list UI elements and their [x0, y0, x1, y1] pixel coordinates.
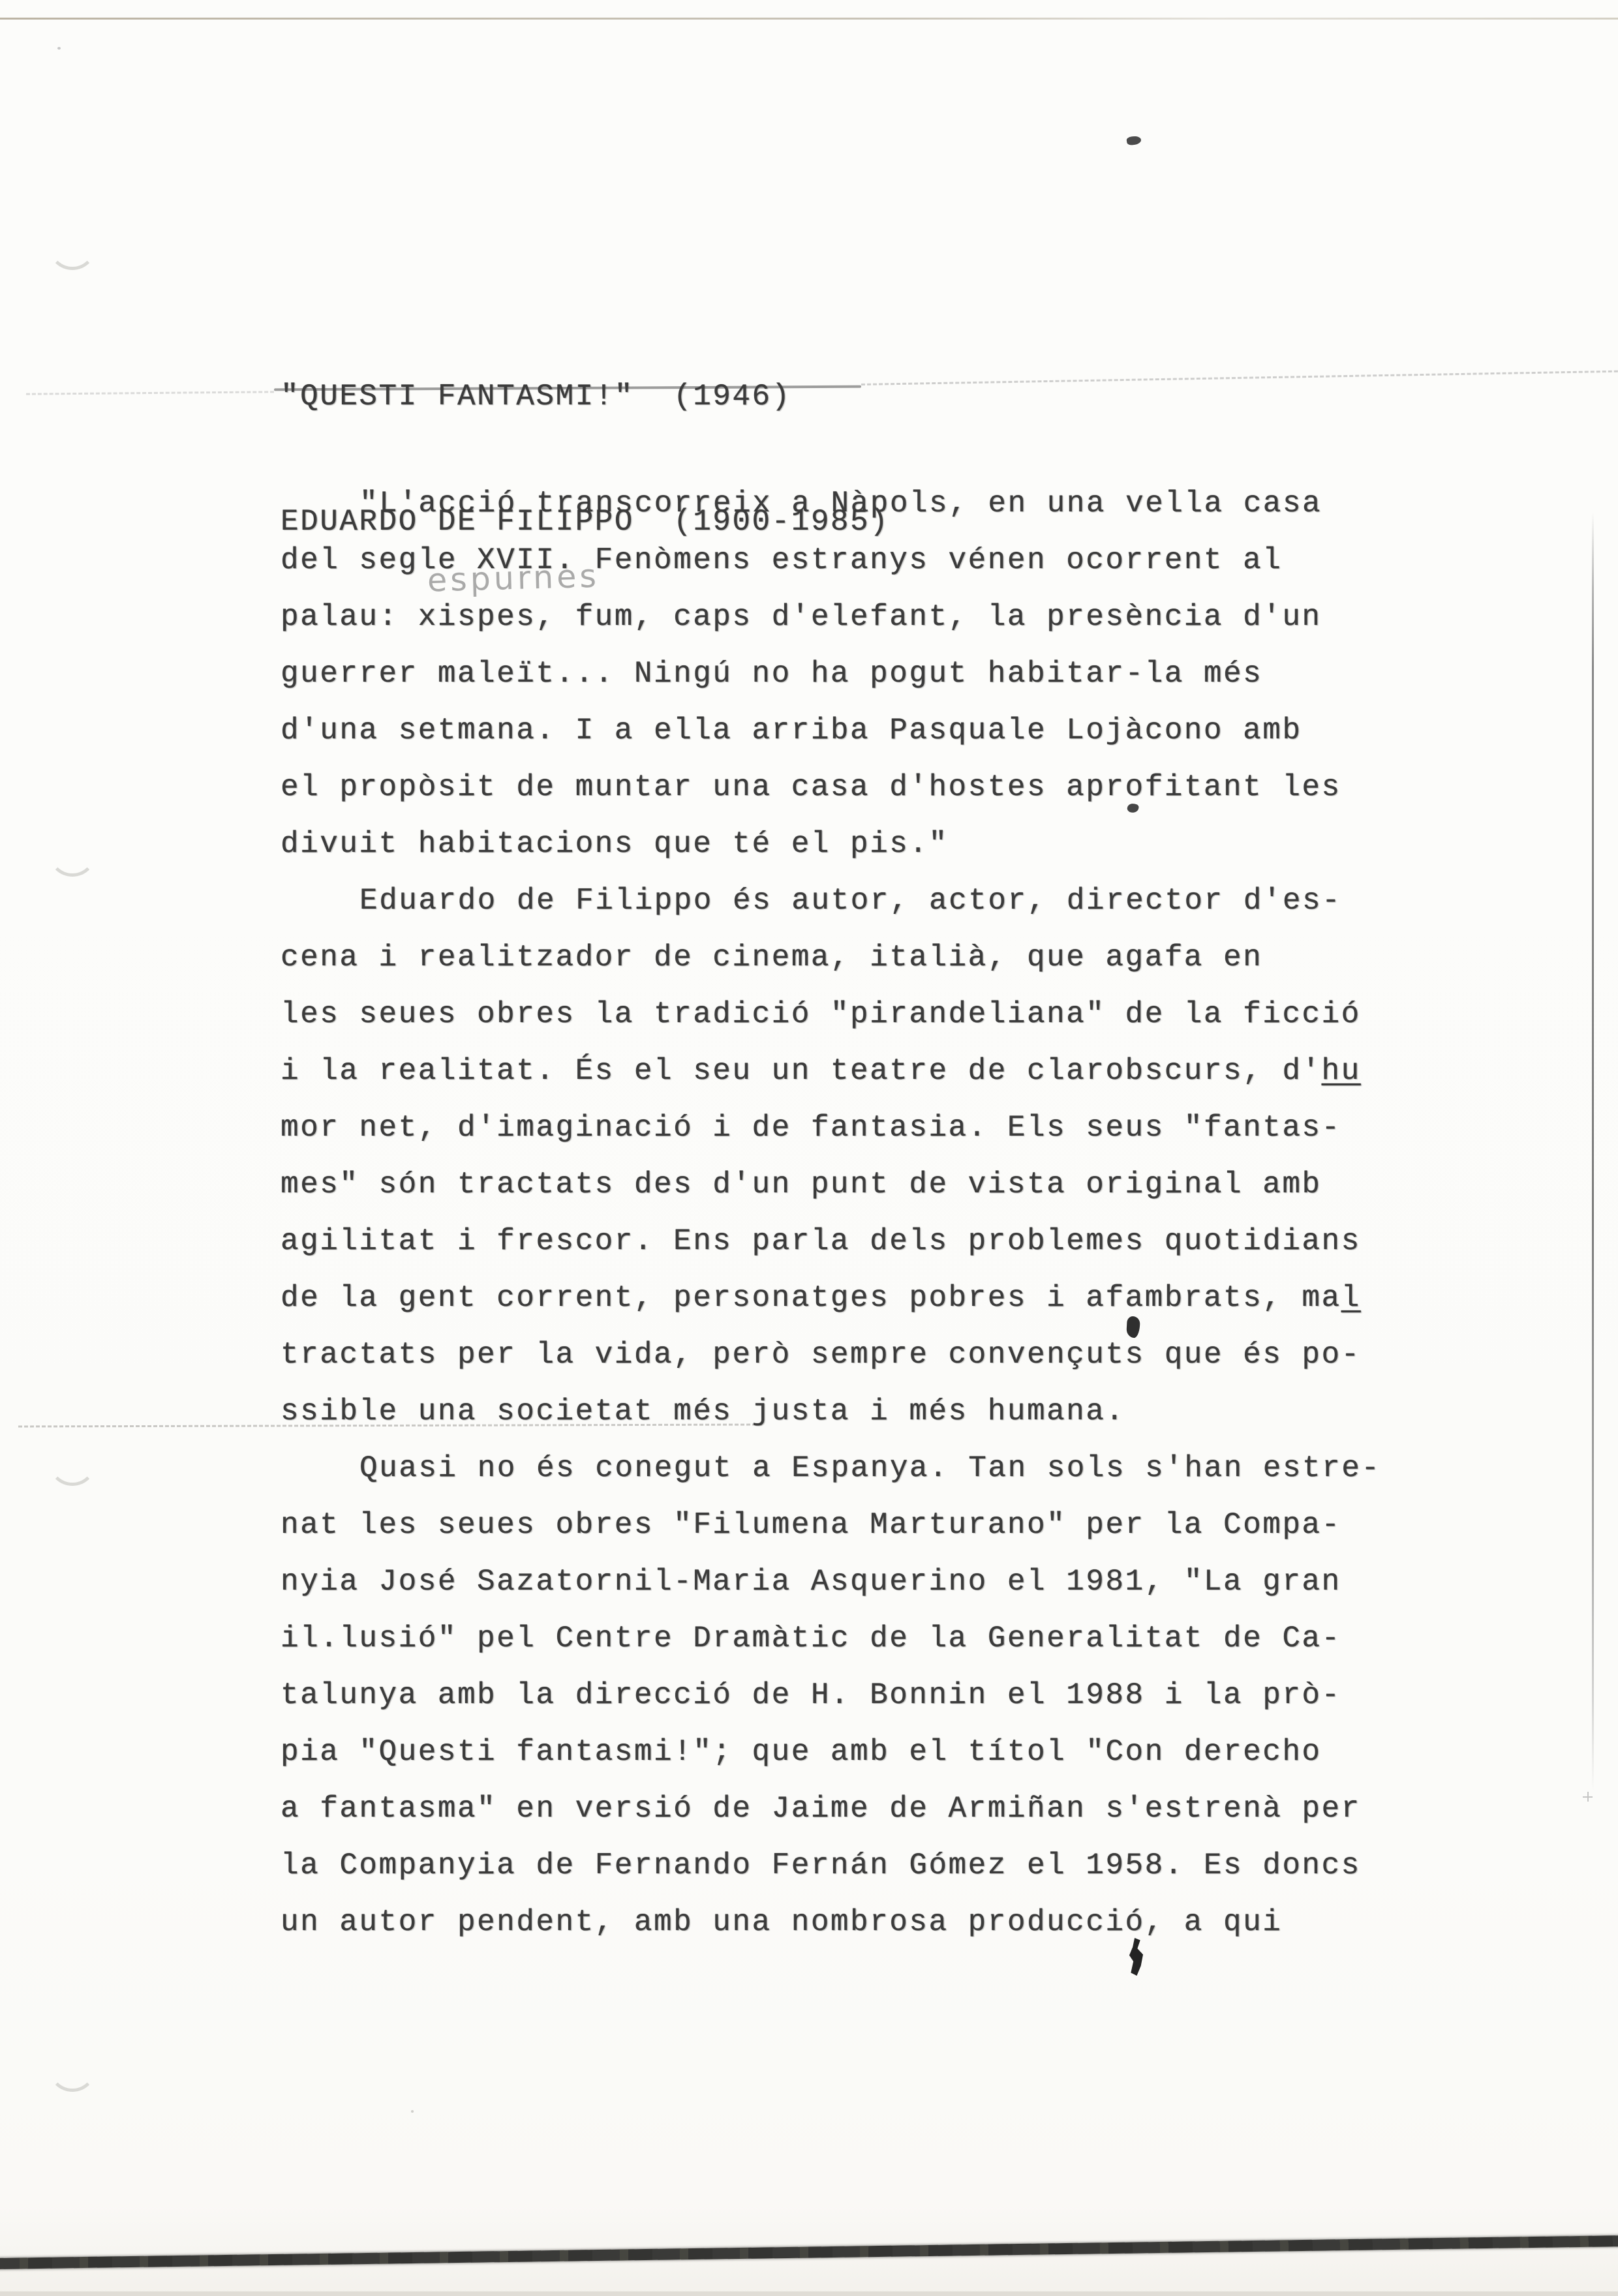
typed-line-text: i la realitat. És el seu un teatre de cl… — [281, 1054, 1322, 1088]
typed-line: un autor pendent, amb una nombrosa produ… — [281, 1894, 1381, 1951]
dust-speck — [57, 47, 61, 50]
punch-hole-mark — [48, 828, 97, 877]
typed-line: tractats per la vida, però sempre conven… — [281, 1327, 1381, 1383]
typed-line: guerrer maleït... Ningú no ha pogut habi… — [281, 646, 1381, 702]
typed-line-text: de la gent corrent, personatges pobres i… — [281, 1281, 1341, 1315]
scan-bottom-edge — [0, 2291, 1618, 2296]
crease-line-upper-left — [26, 391, 274, 395]
typed-line: el propòsit de muntar una casa d'hostes … — [281, 759, 1381, 816]
typed-line: a fantasma" en versió de Jaime de Armiña… — [281, 1781, 1381, 1837]
typed-line: Eduardo de Filippo és autor, actor, dire… — [281, 873, 1381, 929]
typed-line: divuit habitacions que té el pis." — [281, 816, 1381, 873]
typed-line: nyia José Sazatornil-Maria Asquerino el … — [281, 1554, 1381, 1610]
punch-hole-mark — [48, 222, 97, 270]
scanned-document-page: "QUESTI FANTASMI!" (1946) EDUARDO DE FIL… — [0, 0, 1618, 2296]
typed-line: de la gent corrent, personatges pobres i… — [281, 1270, 1381, 1327]
typed-line: pia "Questi fantasmi!"; que amb el títol… — [281, 1724, 1381, 1781]
typed-line: d'una setmana. I a ella arriba Pasquale … — [281, 702, 1381, 759]
crease-line-upper-right — [861, 370, 1618, 385]
typed-line-underlined-text: l — [1341, 1281, 1361, 1315]
typed-line-underlined-text: hu — [1322, 1054, 1361, 1088]
typed-line: il.lusió" pel Centre Dramàtic de la Gene… — [281, 1610, 1381, 1667]
typed-line: ssible una societat més justa i més huma… — [281, 1383, 1381, 1440]
typed-line: mor net, d'imaginació i de fantasia. Els… — [281, 1100, 1381, 1156]
typed-line: agilitat i frescor. Ens parla dels probl… — [281, 1213, 1381, 1270]
typed-line: cena i realitzador de cinema, italià, qu… — [281, 929, 1381, 986]
typed-line: nat les seues obres "Filumena Marturano"… — [281, 1497, 1381, 1554]
typed-line: "L'acció transcorreix a Nàpols, en una v… — [281, 476, 1381, 532]
typed-body: "L'acció transcorreix a Nàpols, en una v… — [281, 476, 1381, 1951]
registration-cross-mark — [1583, 1792, 1593, 1802]
scan-dark-band — [0, 2235, 1618, 2269]
scan-edge-line — [0, 18, 1618, 20]
ink-smudge — [1126, 136, 1142, 146]
typed-line: mes" són tractats des d'un punt de vista… — [281, 1156, 1381, 1213]
punch-hole-mark — [48, 2044, 97, 2092]
typed-line: del segle XVII. Fenòmens estranys vénen … — [281, 532, 1381, 589]
punch-hole-mark — [48, 1438, 97, 1486]
typed-line: Quasi no és conegut a Espanya. Tan sols … — [281, 1440, 1381, 1497]
scan-vertical-line — [1592, 513, 1594, 1791]
dust-speck — [411, 2110, 414, 2113]
typed-line: i la realitat. És el seu un teatre de cl… — [281, 1043, 1381, 1100]
typed-line: les seues obres la tradició "pirandelian… — [281, 986, 1381, 1043]
typed-line: palau: xispes, fum, caps d'elefant, la p… — [281, 589, 1381, 646]
title-line-work: "QUESTI FANTASMI!" (1946) — [281, 368, 889, 425]
typed-line: la Companyia de Fernando Fernán Gómez el… — [281, 1837, 1381, 1894]
typed-line: talunya amb la direcció de H. Bonnin el … — [281, 1667, 1381, 1724]
